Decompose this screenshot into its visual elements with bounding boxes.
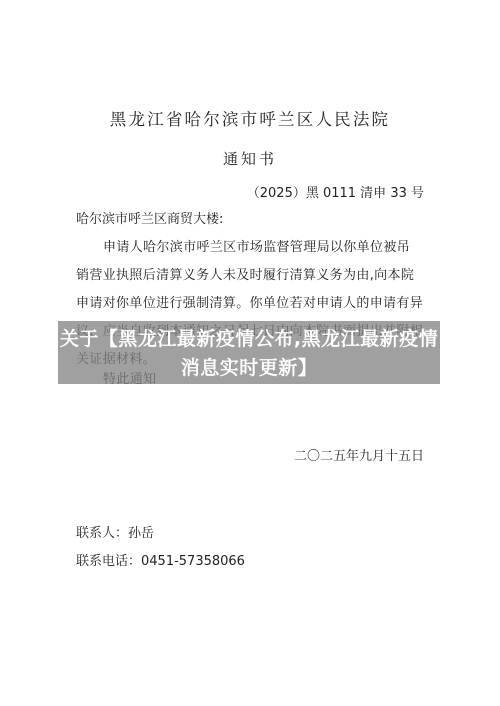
court-name: 黑龙江省哈尔滨市呼兰区人民法院: [0, 106, 500, 130]
headline-overlay-text: 关于【黑龙江最新疫情公布,黑龙江最新疫情消息实时更新】: [58, 321, 440, 384]
document-title: 通知书: [0, 148, 500, 169]
body-paragraph-line: 申请对你单位进行强制清算。你单位若对申请人的申请有异: [76, 292, 426, 311]
addressee: 哈尔滨市呼兰区商贸大楼:: [76, 208, 223, 227]
body-paragraph-line: 销营业执照后清算义务人未及时履行清算义务为由,向本院: [76, 264, 426, 283]
contact-phone: 联系电话：0451-57358066: [76, 550, 245, 569]
contact-person: 联系人：孙岳: [76, 522, 154, 541]
body-paragraph-line: 申请人哈尔滨市呼兰区市场监督管理局以你单位被吊: [103, 236, 426, 255]
issue-date: 二〇二五年九月十五日: [294, 445, 424, 464]
case-number: （2025）黑 0111 清申 33 号: [247, 182, 424, 201]
